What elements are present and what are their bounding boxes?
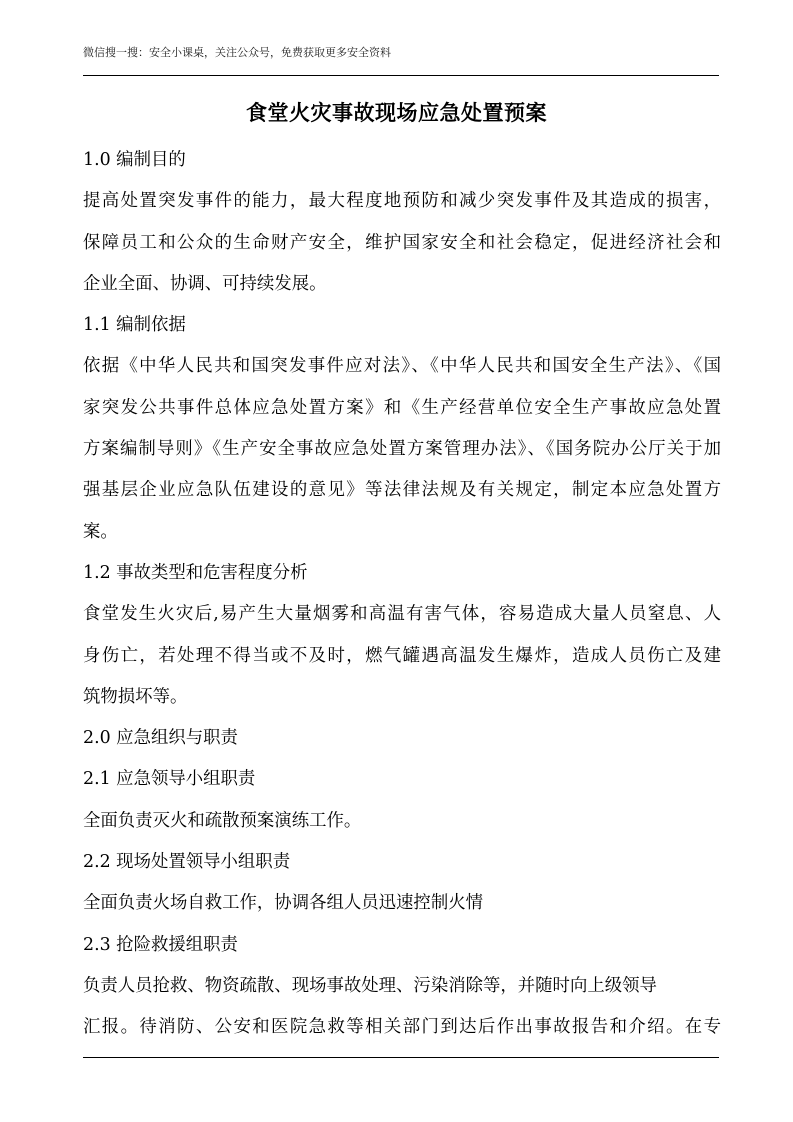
- paragraph-line: 筑物损坏等。: [83, 682, 721, 723]
- paragraph-line: 全面负责火场自救工作，协调各组人员迅速控制火情: [83, 888, 721, 929]
- header-note: 微信搜一搜：安全小课桌，关注公众号，免费获取更多安全资料: [83, 46, 391, 60]
- paragraph-line: 案。: [83, 517, 721, 558]
- header-divider: [83, 75, 719, 76]
- paragraph-line: 身伤亡，若处理不得当或不及时，燃气罐遇高温发生爆炸，造成人员伤亡及建: [83, 641, 721, 682]
- document-title: 食堂火灾事故现场应急处置预案: [0, 97, 793, 129]
- section-heading: 2.2 现场处置领导小组职责: [83, 847, 721, 888]
- document-body: 1.0 编制目的 提高处置突发事件的能力，最大程度地预防和减少突发事件及其造成的…: [83, 145, 721, 1054]
- paragraph-line: 方案编制导则》《生产安全事故应急处置方案管理办法》、《国务院办公厅关于加: [83, 434, 721, 475]
- paragraph-line: 保障员工和公众的生命财产安全，维护国家安全和社会稳定，促进经济社会和: [83, 228, 721, 269]
- paragraph-line: 强基层企业应急队伍建设的意见》等法律法规及有关规定，制定本应急处置方: [83, 475, 721, 516]
- section-heading: 1.1 编制依据: [83, 310, 721, 351]
- paragraph-line: 全面负责灭火和疏散预案演练工作。: [83, 806, 721, 847]
- paragraph-line: 提高处置突发事件的能力，最大程度地预防和减少突发事件及其造成的损害，: [83, 186, 721, 227]
- paragraph-line: 负责人员抢救、物资疏散、现场事故处理、污染消除等，并随时向上级领导: [83, 971, 721, 1012]
- paragraph-line: 家突发公共事件总体应急处置方案》和《生产经营单位安全生产事故应急处置: [83, 393, 721, 434]
- section-heading: 1.0 编制目的: [83, 145, 721, 186]
- section-heading: 2.1 应急领导小组职责: [83, 764, 721, 805]
- section-heading: 1.2 事故类型和危害程度分析: [83, 558, 721, 599]
- footer-divider: [83, 1057, 719, 1058]
- paragraph-line: 企业全面、协调、可持续发展。: [83, 269, 721, 310]
- section-heading: 2.0 应急组织与职责: [83, 723, 721, 764]
- paragraph-line: 食堂发生火灾后,易产生大量烟雾和高温有害气体，容易造成大量人员窒息、人: [83, 599, 721, 640]
- section-heading: 2.3 抢险救援组职责: [83, 930, 721, 971]
- paragraph-line: 依据《中华人民共和国突发事件应对法》、《中华人民共和国安全生产法》、《国: [83, 351, 721, 392]
- paragraph-line: 汇报。待消防、公安和医院急救等相关部门到达后作出事故报告和介绍。在专: [83, 1012, 721, 1053]
